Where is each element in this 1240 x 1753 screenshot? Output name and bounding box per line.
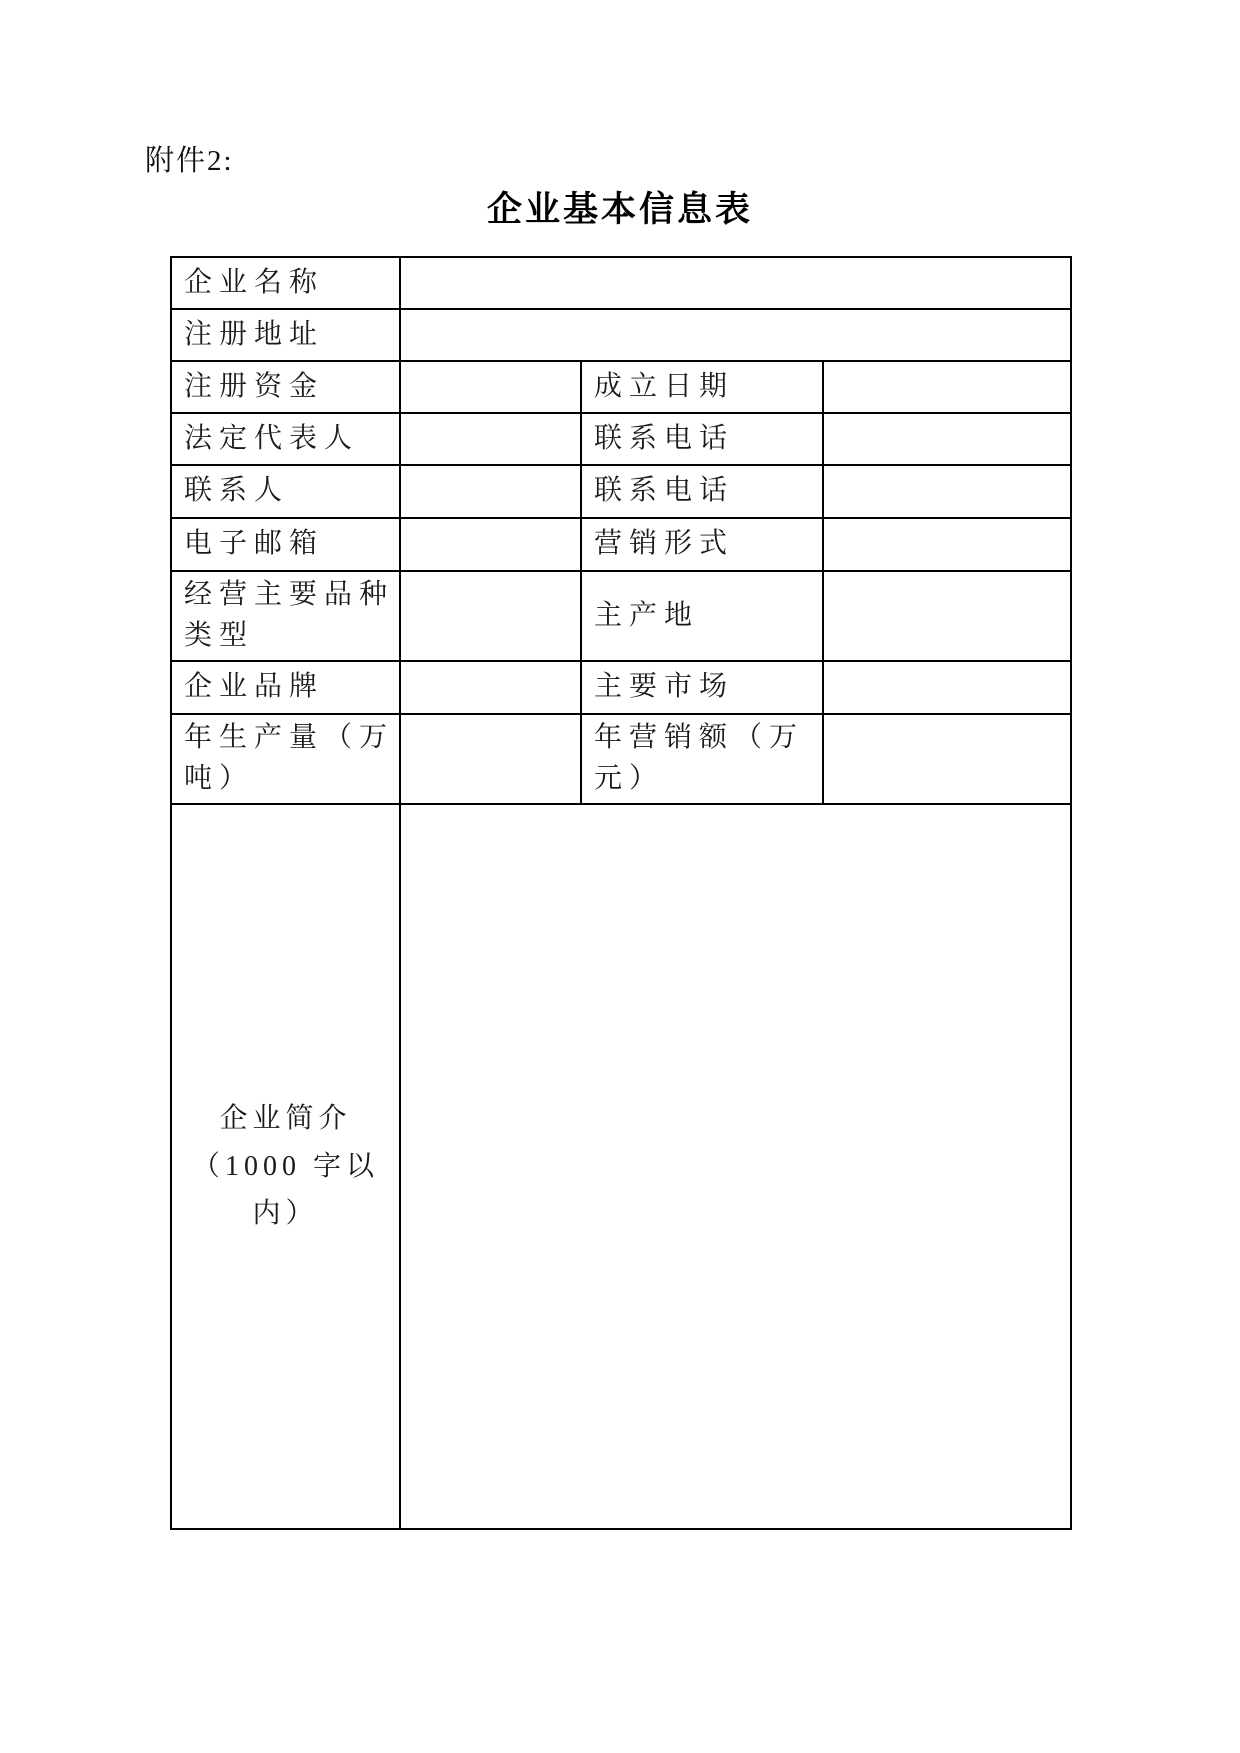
field-label-legal-representative: 法定代表人 (171, 413, 400, 465)
table-row-output-sales: 年生产量（万吨） 年营销额（万元） (171, 714, 1071, 804)
table-row-registered-address: 注册地址 (171, 309, 1071, 361)
field-label-main-market: 主要市场 (581, 661, 823, 714)
field-label-contact-person: 联系人 (171, 465, 400, 518)
field-label-main-production-area: 主产地 (581, 571, 823, 661)
field-value-annual-output[interactable] (400, 714, 581, 804)
field-value-main-market[interactable] (823, 661, 1071, 714)
table-row-legal-rep-phone: 法定代表人 联系电话 (171, 413, 1071, 465)
field-value-registered-capital[interactable] (400, 361, 581, 413)
field-label-establishment-date: 成立日期 (581, 361, 823, 413)
field-label-registered-address: 注册地址 (171, 309, 400, 361)
field-label-company-profile: 企业简介 （1000 字以 内） (171, 804, 400, 1529)
field-value-registered-address[interactable] (400, 309, 1071, 361)
field-label-marketing-form: 营销形式 (581, 518, 823, 571)
enterprise-info-table: 企业名称 注册地址 注册资金 成立日期 法定代表人 联系电话 联系人 联系电话 … (170, 256, 1072, 1530)
field-value-main-variety-type[interactable] (400, 571, 581, 661)
profile-label-line-1: 企业简介 (178, 1095, 393, 1143)
profile-label-line-3: 内） (178, 1190, 393, 1238)
field-value-email[interactable] (400, 518, 581, 571)
table-row-enterprise-name: 企业名称 (171, 257, 1071, 309)
field-label-contact-phone-1: 联系电话 (581, 413, 823, 465)
field-value-legal-representative[interactable] (400, 413, 581, 465)
field-value-contact-person[interactable] (400, 465, 581, 518)
table-row-company-profile: 企业简介 （1000 字以 内） (171, 804, 1071, 1529)
field-value-annual-sales[interactable] (823, 714, 1071, 804)
field-value-main-production-area[interactable] (823, 571, 1071, 661)
field-value-establishment-date[interactable] (823, 361, 1071, 413)
attachment-label: 附件2: (145, 138, 234, 179)
field-value-marketing-form[interactable] (823, 518, 1071, 571)
table-row-contact-phone: 联系人 联系电话 (171, 465, 1071, 518)
page-title: 企业基本信息表 (170, 182, 1070, 232)
profile-label-line-2: （1000 字以 (178, 1143, 393, 1191)
field-label-contact-phone-2: 联系电话 (581, 465, 823, 518)
field-value-enterprise-brand[interactable] (400, 661, 581, 714)
field-value-company-profile[interactable] (400, 804, 1071, 1529)
field-label-email: 电子邮箱 (171, 518, 400, 571)
field-label-enterprise-brand: 企业品牌 (171, 661, 400, 714)
field-label-annual-output: 年生产量（万吨） (171, 714, 400, 804)
field-value-enterprise-name[interactable] (400, 257, 1071, 309)
table-row-email-marketing: 电子邮箱 营销形式 (171, 518, 1071, 571)
field-label-annual-sales: 年营销额（万元） (581, 714, 823, 804)
table-row-brand-market: 企业品牌 主要市场 (171, 661, 1071, 714)
field-value-contact-phone-1[interactable] (823, 413, 1071, 465)
table-row-capital-date: 注册资金 成立日期 (171, 361, 1071, 413)
field-label-enterprise-name: 企业名称 (171, 257, 400, 309)
field-value-contact-phone-2[interactable] (823, 465, 1071, 518)
document-page: 附件2: 企业基本信息表 企业名称 注册地址 注册资金 成立日期 法定代表人 联… (0, 0, 1240, 1753)
table-row-variety-origin: 经营主要品种类型 主产地 (171, 571, 1071, 661)
field-label-registered-capital: 注册资金 (171, 361, 400, 413)
field-label-main-variety-type: 经营主要品种类型 (171, 571, 400, 661)
